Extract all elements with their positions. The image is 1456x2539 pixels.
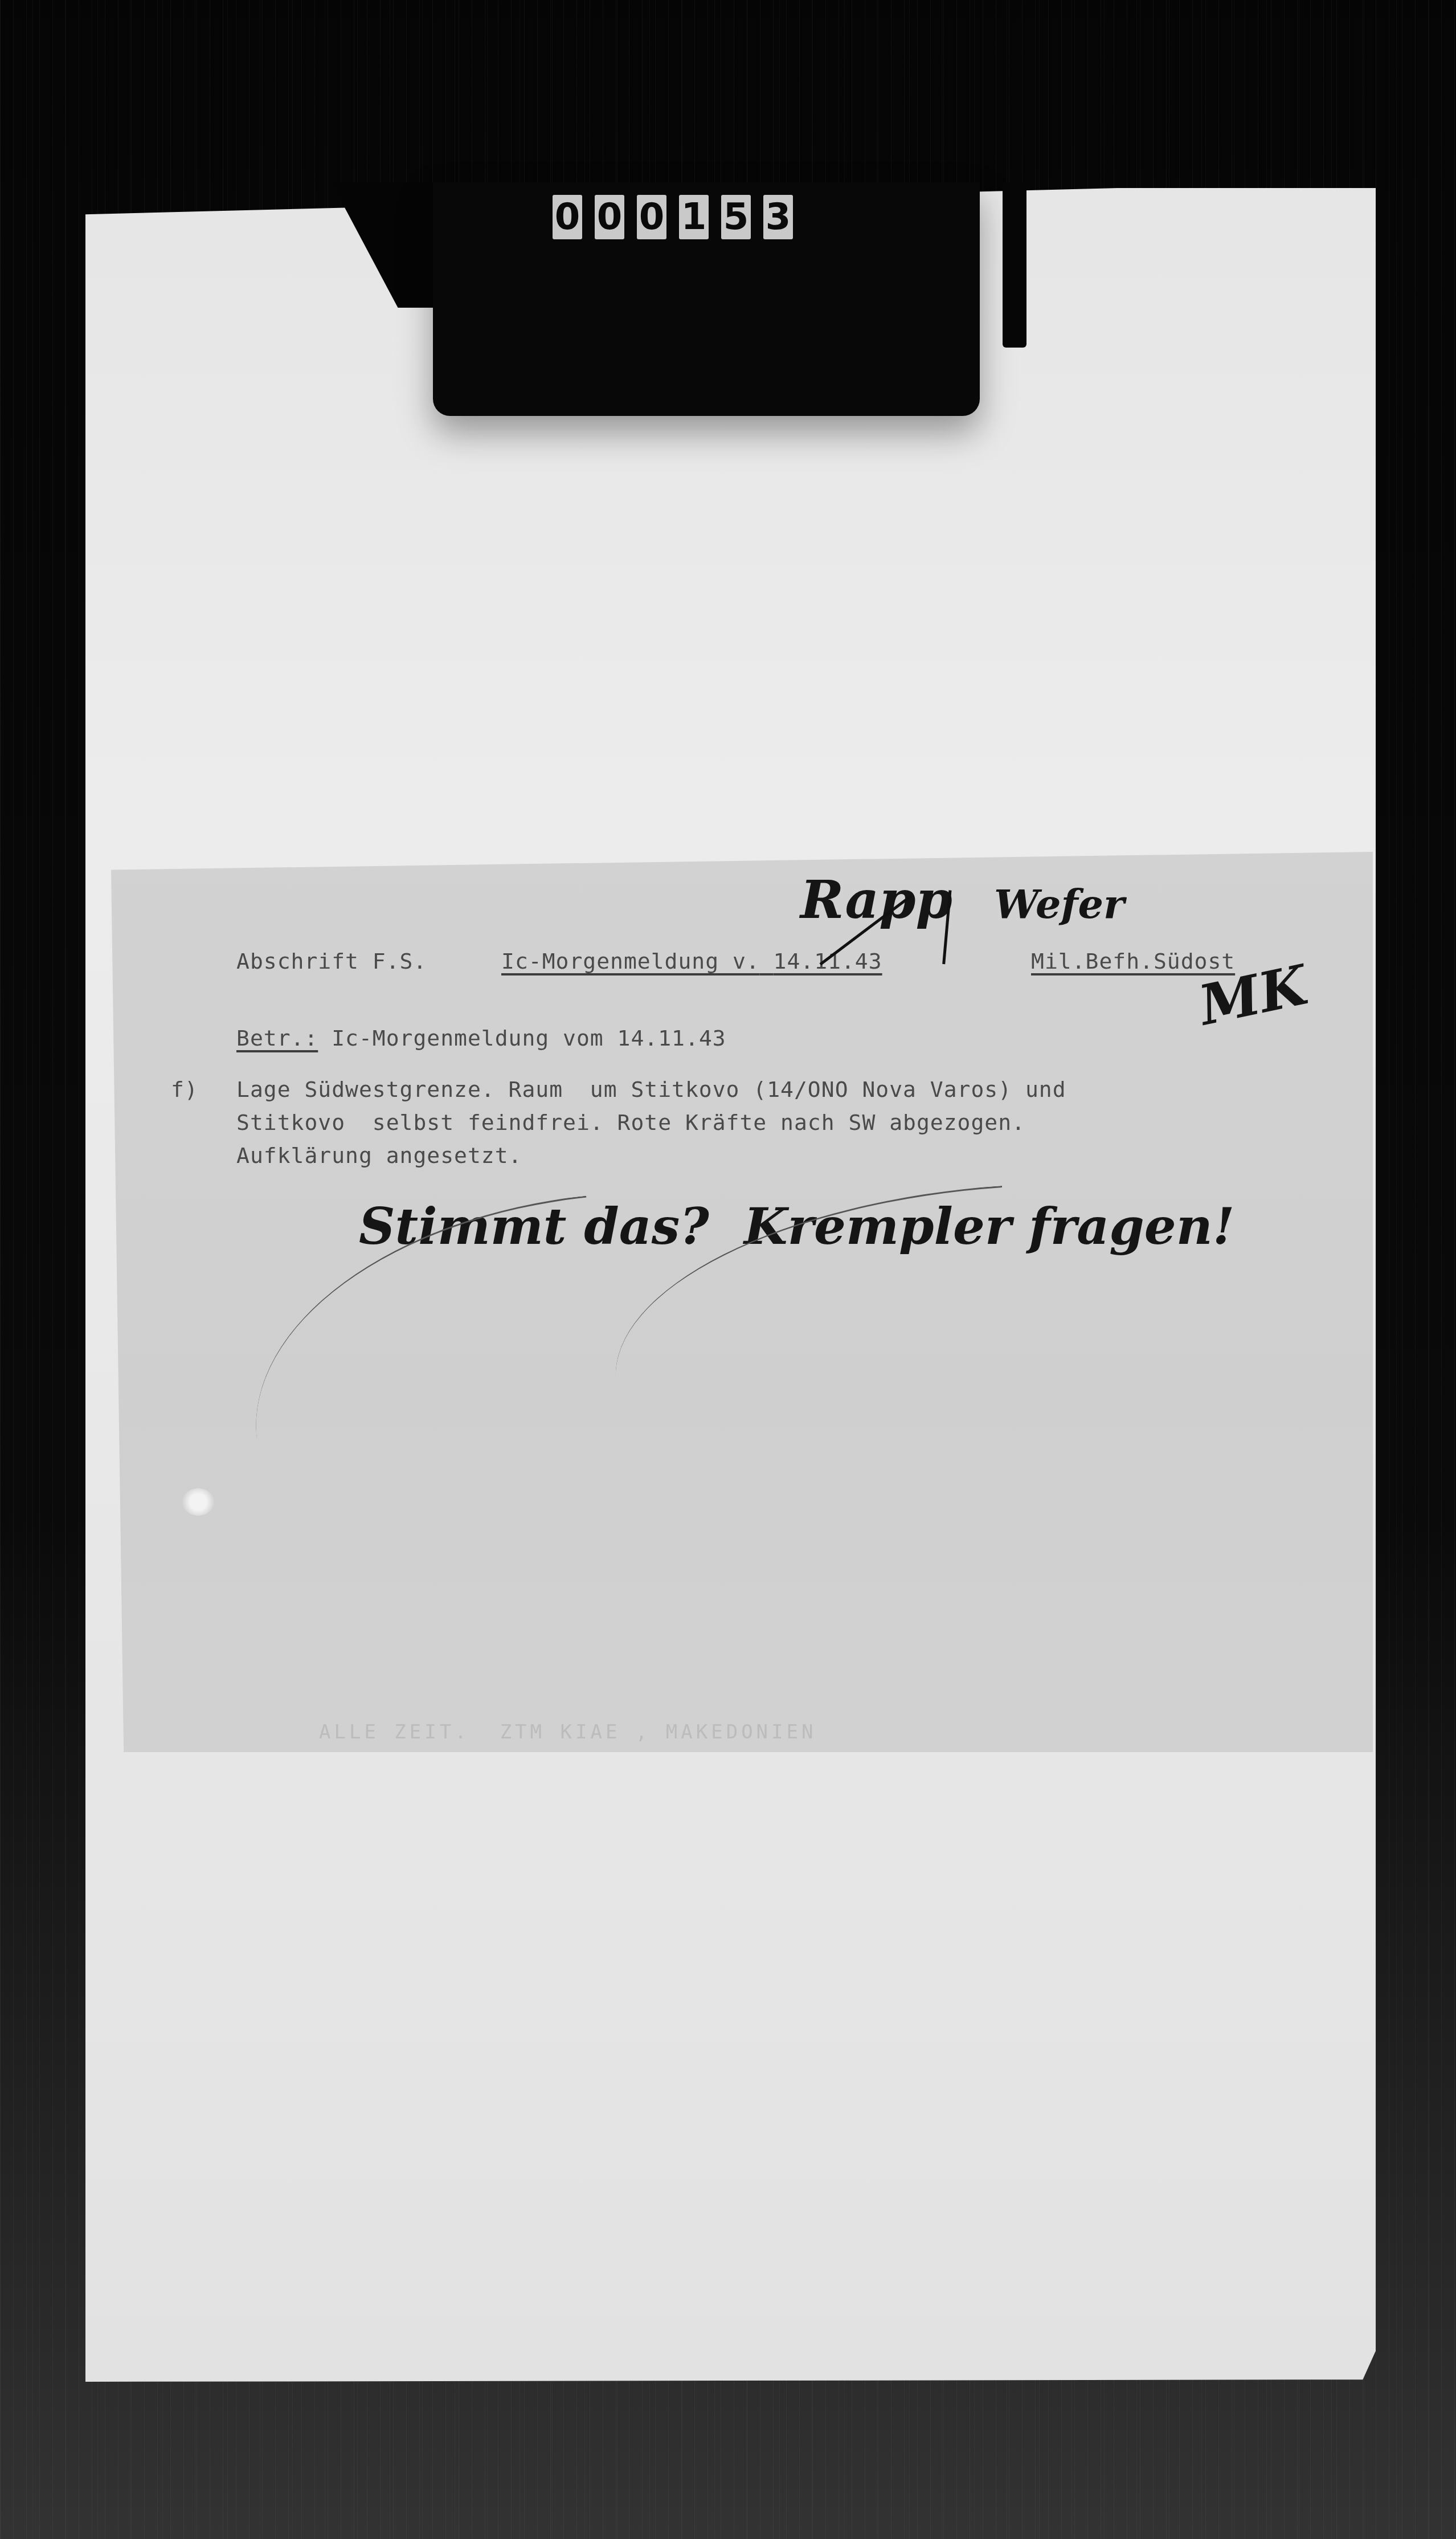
counter-body: 0 0 0 1 5 3 [433, 182, 980, 416]
header-copy-label: Abschrift F.S. [236, 949, 427, 974]
counter-digit: 0 [595, 195, 624, 239]
punch-hole [182, 1488, 214, 1516]
reference-label: Betr.: [236, 1026, 318, 1051]
reference-text: Ic-Morgenmeldung vom 14.11.43 [332, 1026, 726, 1051]
counter-digit: 0 [553, 195, 582, 239]
header-subject-prefix: Ic-Morgenmeldung v. [501, 949, 760, 974]
header-origin: Mil.Befh.Südost [1031, 949, 1235, 974]
item-line: Lage Südwestgrenze. Raum um Stitkovo (14… [236, 1077, 1066, 1102]
header-date: 14.11.43 [774, 949, 882, 974]
frame-counter-device: 0 0 0 1 5 3 [433, 182, 980, 422]
item-line: Stitkovo selbst feindfrei. Rote Kräfte n… [236, 1110, 1025, 1135]
counter-digit: 0 [637, 195, 666, 239]
counter-digit: 1 [679, 195, 709, 239]
item-marker: f) [171, 1077, 198, 1102]
frame-counter: 0 0 0 1 5 3 [553, 195, 793, 239]
handwritten-initials-second: Wefer [994, 880, 1124, 928]
counter-digit: 3 [763, 195, 793, 239]
counter-digit: 5 [721, 195, 751, 239]
reference-line: Betr.: Ic-Morgenmeldung vom 14.11.43 [236, 1026, 726, 1051]
counter-knob [1003, 182, 1026, 348]
item-line: Aufklärung angesetzt. [236, 1143, 522, 1168]
bleed-through-text: ALLE ZEIT. ZTM KIAE , MAKEDONIEN [319, 1721, 817, 1744]
